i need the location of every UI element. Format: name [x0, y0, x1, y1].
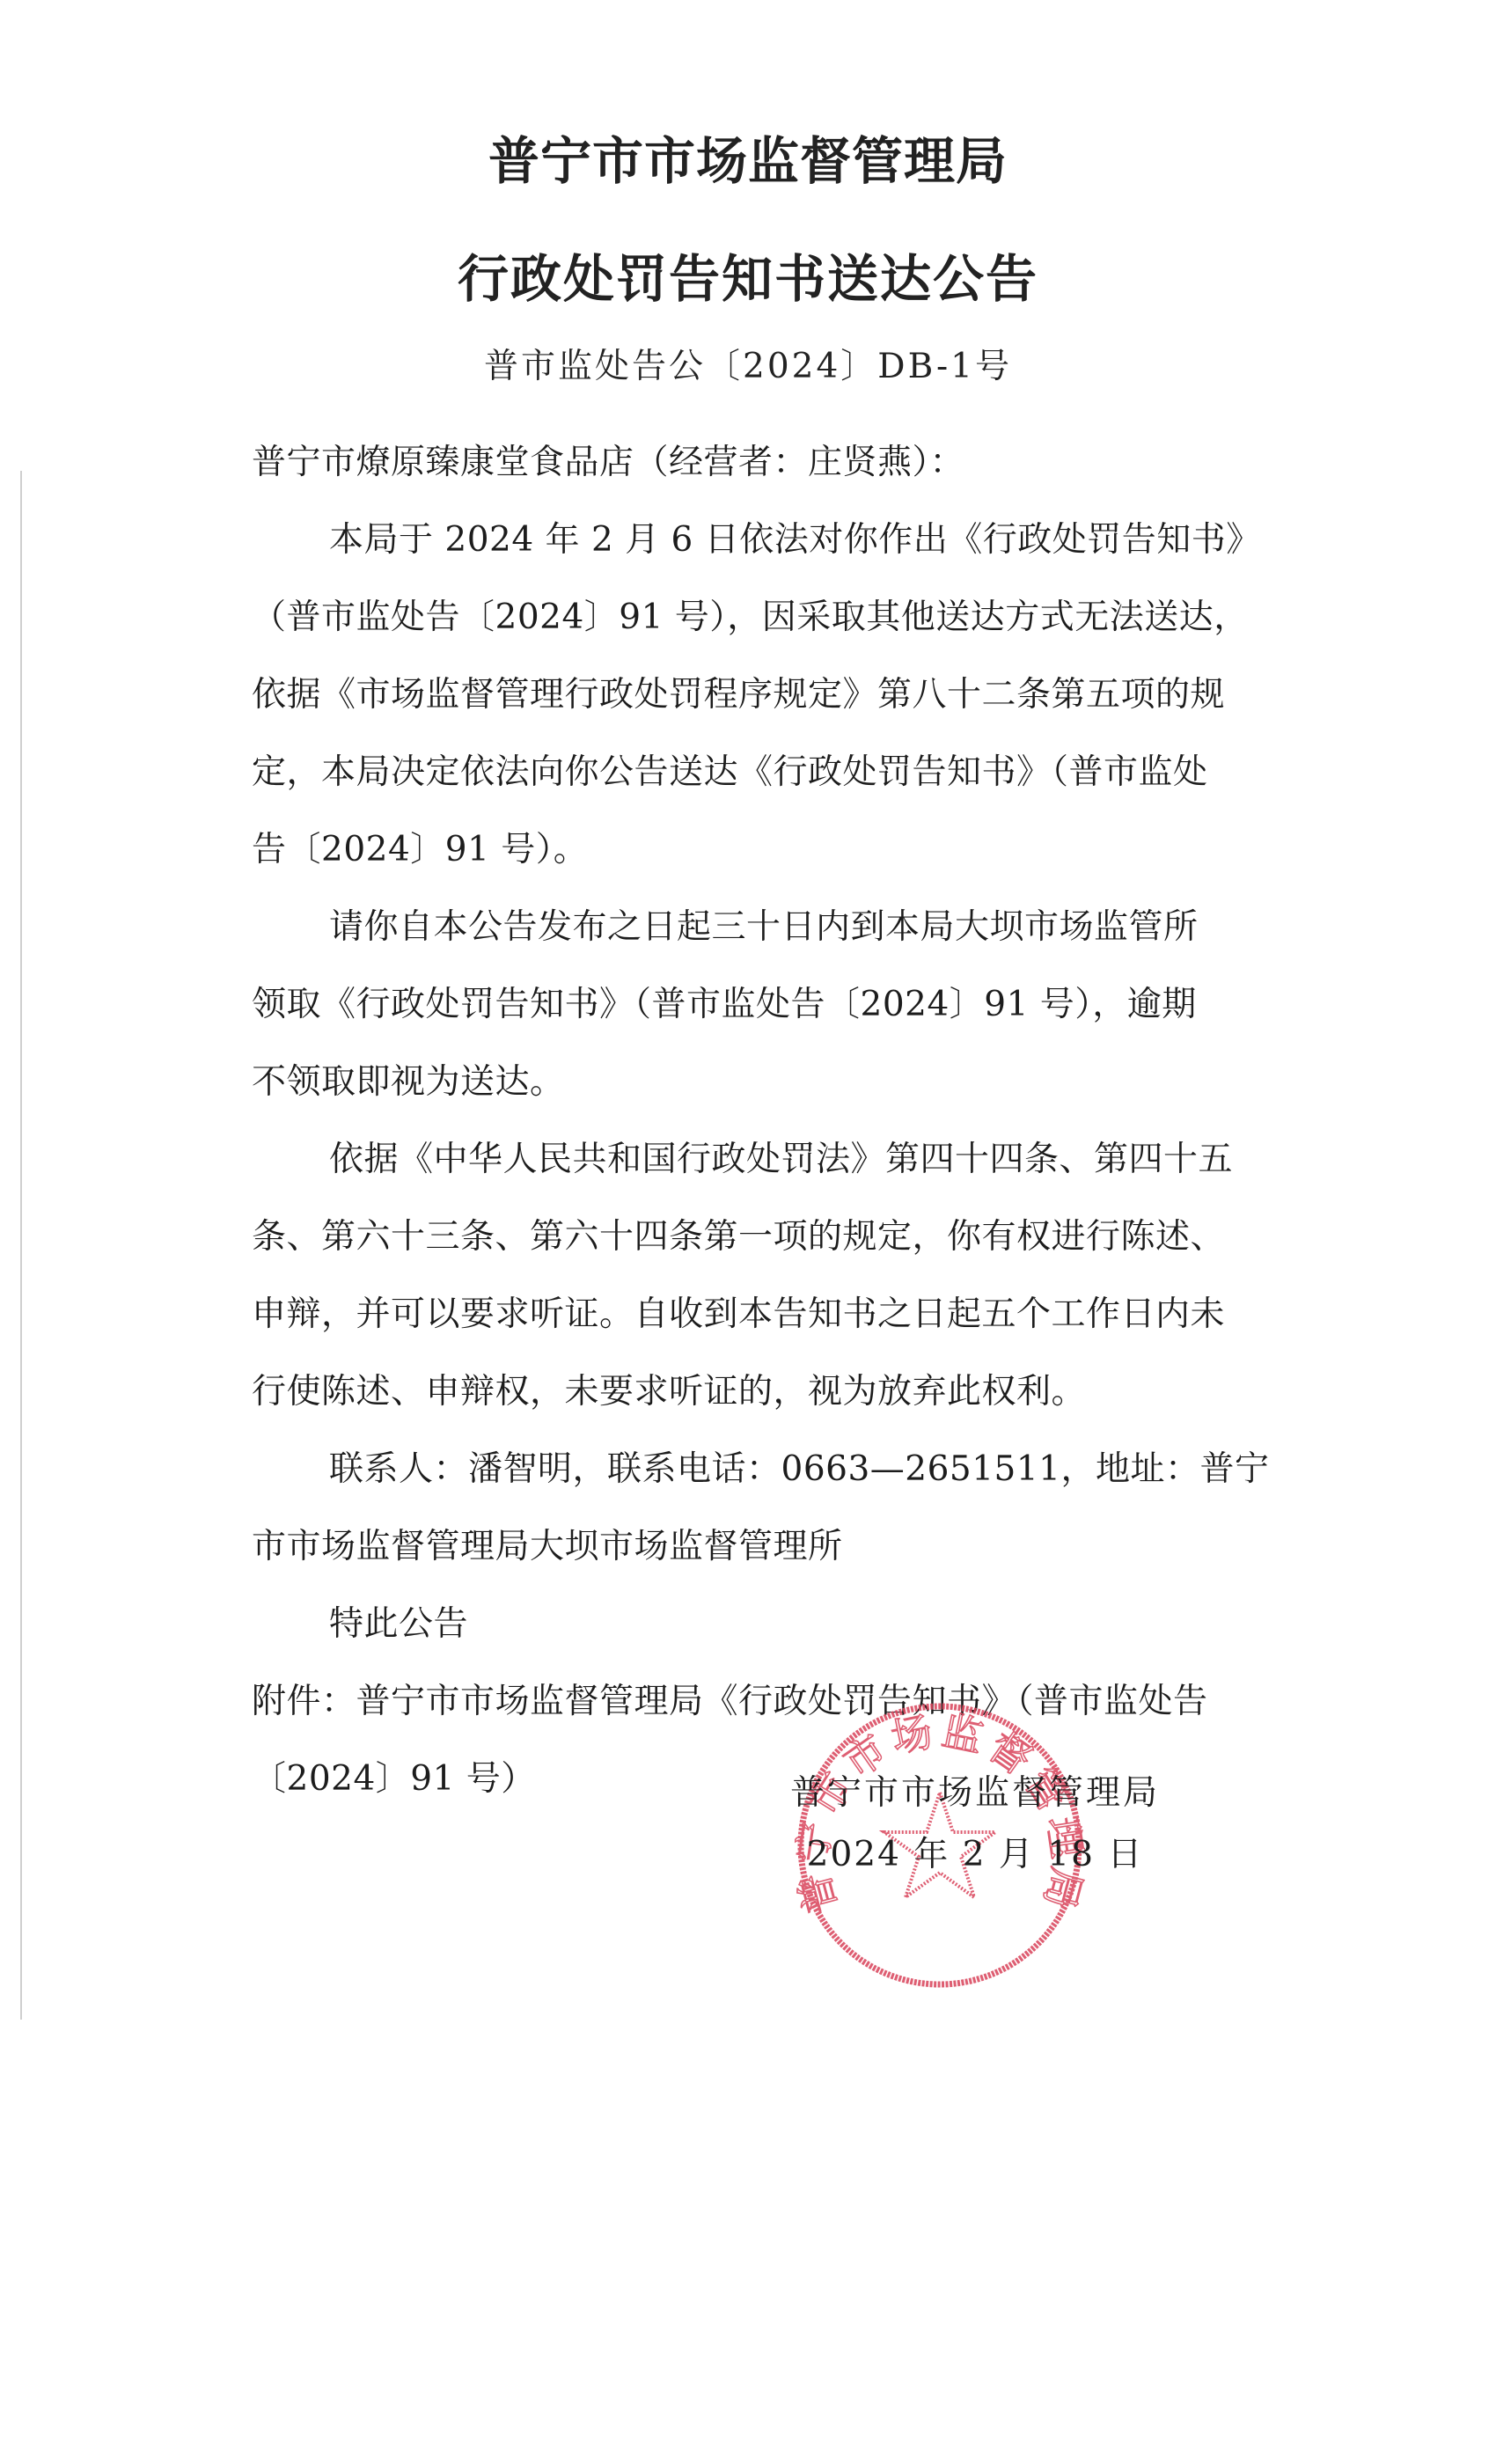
document-number: 普市监处告公〔2024〕DB-1号	[0, 345, 1496, 389]
contact-line: 市市场监督管理局大坝市场监督管理所	[252, 1508, 1277, 1586]
paragraph-1-line: 定，本局决定依法向你公告送达《行政处罚告知书》（普市监处	[252, 734, 1277, 811]
paragraph-2-line: 不领取即视为送达。	[252, 1044, 1277, 1121]
paragraph-3-line: 申辩，并可以要求听证。自收到本告知书之日起五个工作日内未	[252, 1276, 1277, 1353]
closing-statement: 特此公告	[252, 1586, 1277, 1663]
page-title-organization: 普宁市市场监督管理局	[0, 130, 1496, 192]
paragraph-3-line: 依据《中华人民共和国行政处罚法》第四十四条、第四十五	[252, 1121, 1277, 1199]
paragraph-3-line: 条、第六十三条、第六十四条第一项的规定，你有权进行陈述、	[252, 1199, 1277, 1276]
paragraph-1-line: 依据《市场监督管理行政处罚程序规定》第八十二条第五项的规	[252, 656, 1277, 734]
paragraph-3-line: 行使陈述、申辩权，未要求听证的，视为放弃此权利。	[252, 1353, 1277, 1431]
paragraph-1-line: （普市监处告〔2024〕91 号），因采取其他送达方式无法送达，	[252, 579, 1277, 656]
scan-edge-line	[20, 471, 22, 2020]
notice-body: 普宁市燎原臻康堂食品店（经营者：庄贤燕）： 本局于 2024 年 2 月 6 日…	[252, 424, 1277, 1818]
contact-line: 联系人：潘智明，联系电话：0663—2651511，地址：普宁	[252, 1431, 1277, 1508]
salutation: 普宁市燎原臻康堂食品店（经营者：庄贤燕）：	[252, 424, 1277, 502]
paragraph-2-line: 领取《行政处罚告知书》（普市监处告〔2024〕91 号），逾期	[252, 966, 1277, 1044]
paragraph-2-line: 请你自本公告发布之日起三十日内到本局大坝市场监管所	[252, 889, 1277, 966]
signature-date: 2024 年 2 月 18 日	[786, 1824, 1164, 1886]
attachment-line: 附件：普宁市市场监督管理局《行政处罚告知书》（普市监处告	[252, 1663, 1277, 1741]
page-title-notice: 行政处罚告知书送达公告	[0, 248, 1496, 310]
paragraph-1-line: 本局于 2024 年 2 月 6 日依法对你作出《行政处罚告知书》	[252, 502, 1277, 579]
paragraph-1-line: 告〔2024〕91 号）。	[252, 811, 1277, 889]
signature-organization: 普宁市市场监督管理局	[786, 1763, 1164, 1824]
